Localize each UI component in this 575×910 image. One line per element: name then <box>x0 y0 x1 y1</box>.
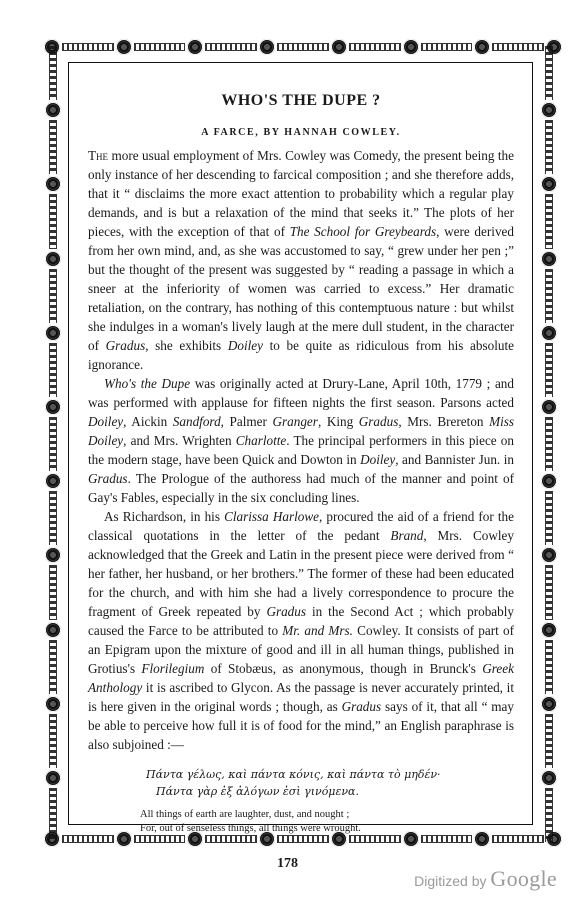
rosette-ornament-icon <box>541 770 557 786</box>
greek-line-1: Πάντα γέλως, καὶ πάντα κόνις, καὶ πάντα … <box>146 768 441 781</box>
text-segment: Gradus <box>88 471 128 486</box>
text-segment: , King <box>318 414 359 429</box>
text-segment: Doiley <box>228 338 263 353</box>
scroll-ornament-icon <box>49 46 57 100</box>
rosette-ornament-icon <box>541 696 557 712</box>
scroll-ornament-icon <box>205 835 257 843</box>
scroll-ornament-icon <box>492 43 544 51</box>
text-segment: Doiley <box>88 414 123 429</box>
ornamental-border-top <box>44 38 562 56</box>
rosette-ornament-icon <box>541 102 557 118</box>
rosette-ornament-icon <box>45 251 61 267</box>
scroll-ornament-icon <box>49 343 57 397</box>
scroll-ornament-icon <box>545 343 553 397</box>
rosette-ornament-icon <box>541 251 557 267</box>
text-segment: , Aickin <box>123 414 173 429</box>
rosette-ornament-icon <box>45 473 61 489</box>
rosette-ornament-icon <box>331 39 347 55</box>
rosette-ornament-icon <box>45 547 61 563</box>
rosette-ornament-icon <box>541 325 557 341</box>
text-segment: Clarissa Harlowe <box>224 509 319 524</box>
paragraph-2: Who's the Dupe was originally acted at D… <box>88 374 514 507</box>
rosette-ornament-icon <box>403 39 419 55</box>
scroll-ornament-icon <box>349 835 401 843</box>
scroll-ornament-icon <box>49 417 57 471</box>
text-segment: Who's the Dupe <box>104 376 190 391</box>
greek-line-2: Πάντα γὰρ ἐξ ἀλόγων ἐσὶ γινόμενα. <box>146 783 514 800</box>
scroll-ornament-icon <box>545 417 553 471</box>
rosette-ornament-icon <box>187 39 203 55</box>
scroll-ornament-icon <box>277 835 329 843</box>
text-segment: Mr. and Mrs. <box>282 623 353 638</box>
rosette-ornament-icon <box>45 176 61 192</box>
scroll-ornament-icon <box>492 835 544 843</box>
text-segment: , Palmer <box>221 414 273 429</box>
scroll-ornament-icon <box>49 788 57 842</box>
scroll-ornament-icon <box>545 565 553 619</box>
rosette-ornament-icon <box>474 39 490 55</box>
verse-line-1: All things of earth are laughter, dust, … <box>140 808 514 822</box>
text-segment: The School for Greybeards <box>290 224 436 239</box>
scroll-ornament-icon <box>545 46 553 100</box>
rosette-ornament-icon <box>45 696 61 712</box>
paragraph-1: The more usual employment of Mrs. Cowley… <box>88 146 514 374</box>
scroll-ornament-icon <box>421 835 473 843</box>
scroll-ornament-icon <box>62 835 114 843</box>
scroll-ornament-icon <box>545 788 553 842</box>
scroll-ornament-icon <box>545 269 553 323</box>
text-segment: Gradus <box>342 699 382 714</box>
scroll-ornament-icon <box>421 43 473 51</box>
digitized-watermark: Digitized by Google <box>414 866 557 892</box>
text-segment: Charlotte <box>236 433 287 448</box>
scroll-ornament-icon <box>277 43 329 51</box>
ornamental-border-right <box>540 44 558 844</box>
text-segment: , were derived from her own mind, and, a… <box>88 224 514 353</box>
rosette-ornament-icon <box>116 39 132 55</box>
rosette-ornament-icon <box>541 547 557 563</box>
scroll-ornament-icon <box>49 194 57 248</box>
text-segment: Florilegium <box>141 661 204 676</box>
text-segment: Brand <box>390 528 423 543</box>
scroll-ornament-icon <box>545 491 553 545</box>
scroll-ornament-icon <box>545 714 553 768</box>
text-segment: , she exhibits <box>145 338 228 353</box>
page-title: WHO'S THE DUPE ? <box>88 90 514 112</box>
page-content: WHO'S THE DUPE ? A FARCE, BY HANNAH COWL… <box>88 90 514 836</box>
rosette-ornament-icon <box>541 473 557 489</box>
google-logo-text: Google <box>490 866 557 891</box>
scroll-ornament-icon <box>349 43 401 51</box>
rosette-ornament-icon <box>541 176 557 192</box>
scroll-ornament-icon <box>49 640 57 694</box>
scroll-ornament-icon <box>62 43 114 51</box>
rosette-ornament-icon <box>45 770 61 786</box>
greek-epigram: Πάντα γέλως, καὶ πάντα κόνις, καὶ πάντα … <box>146 766 514 800</box>
scroll-ornament-icon <box>134 43 186 51</box>
text-segment: Gradus <box>359 414 399 429</box>
rosette-ornament-icon <box>541 399 557 415</box>
rosette-ornament-icon <box>45 325 61 341</box>
text-segment: As Richardson, in his <box>104 509 224 524</box>
text-segment: Doiley <box>360 452 395 467</box>
scroll-ornament-icon <box>134 835 186 843</box>
text-segment: , and Mrs. Wrighten <box>123 433 236 448</box>
scroll-ornament-icon <box>545 640 553 694</box>
ornamental-border-left <box>44 44 62 844</box>
scroll-ornament-icon <box>49 714 57 768</box>
verse-line-2: For, out of senseless things, all things… <box>140 822 514 836</box>
text-segment: The <box>88 148 108 163</box>
english-paraphrase: All things of earth are laughter, dust, … <box>140 808 514 836</box>
scroll-ornament-icon <box>49 120 57 174</box>
scroll-ornament-icon <box>49 565 57 619</box>
scroll-ornament-icon <box>545 194 553 248</box>
rosette-ornament-icon <box>45 102 61 118</box>
scroll-ornament-icon <box>49 269 57 323</box>
text-segment: Gradus <box>106 338 146 353</box>
text-segment: Gradus <box>266 604 306 619</box>
text-segment: . The Prologue of the authoress had much… <box>88 471 514 505</box>
page-subtitle: A FARCE, BY HANNAH COWLEY. <box>88 126 514 140</box>
scroll-ornament-icon <box>49 491 57 545</box>
rosette-ornament-icon <box>45 622 61 638</box>
rosette-ornament-icon <box>541 622 557 638</box>
scroll-ornament-icon <box>205 43 257 51</box>
scroll-ornament-icon <box>545 120 553 174</box>
text-segment: , Mrs. Brereton <box>398 414 489 429</box>
paragraph-3: As Richardson, in his Clarissa Harlowe, … <box>88 507 514 754</box>
text-segment: Sandford <box>173 414 221 429</box>
text-segment: , and Bannister Jun. in <box>395 452 514 467</box>
text-segment: Granger <box>273 414 318 429</box>
text-segment: of Stobæus, as anonymous, though in Brun… <box>204 661 482 676</box>
watermark-prefix: Digitized by <box>414 873 486 889</box>
rosette-ornament-icon <box>259 39 275 55</box>
rosette-ornament-icon <box>45 399 61 415</box>
